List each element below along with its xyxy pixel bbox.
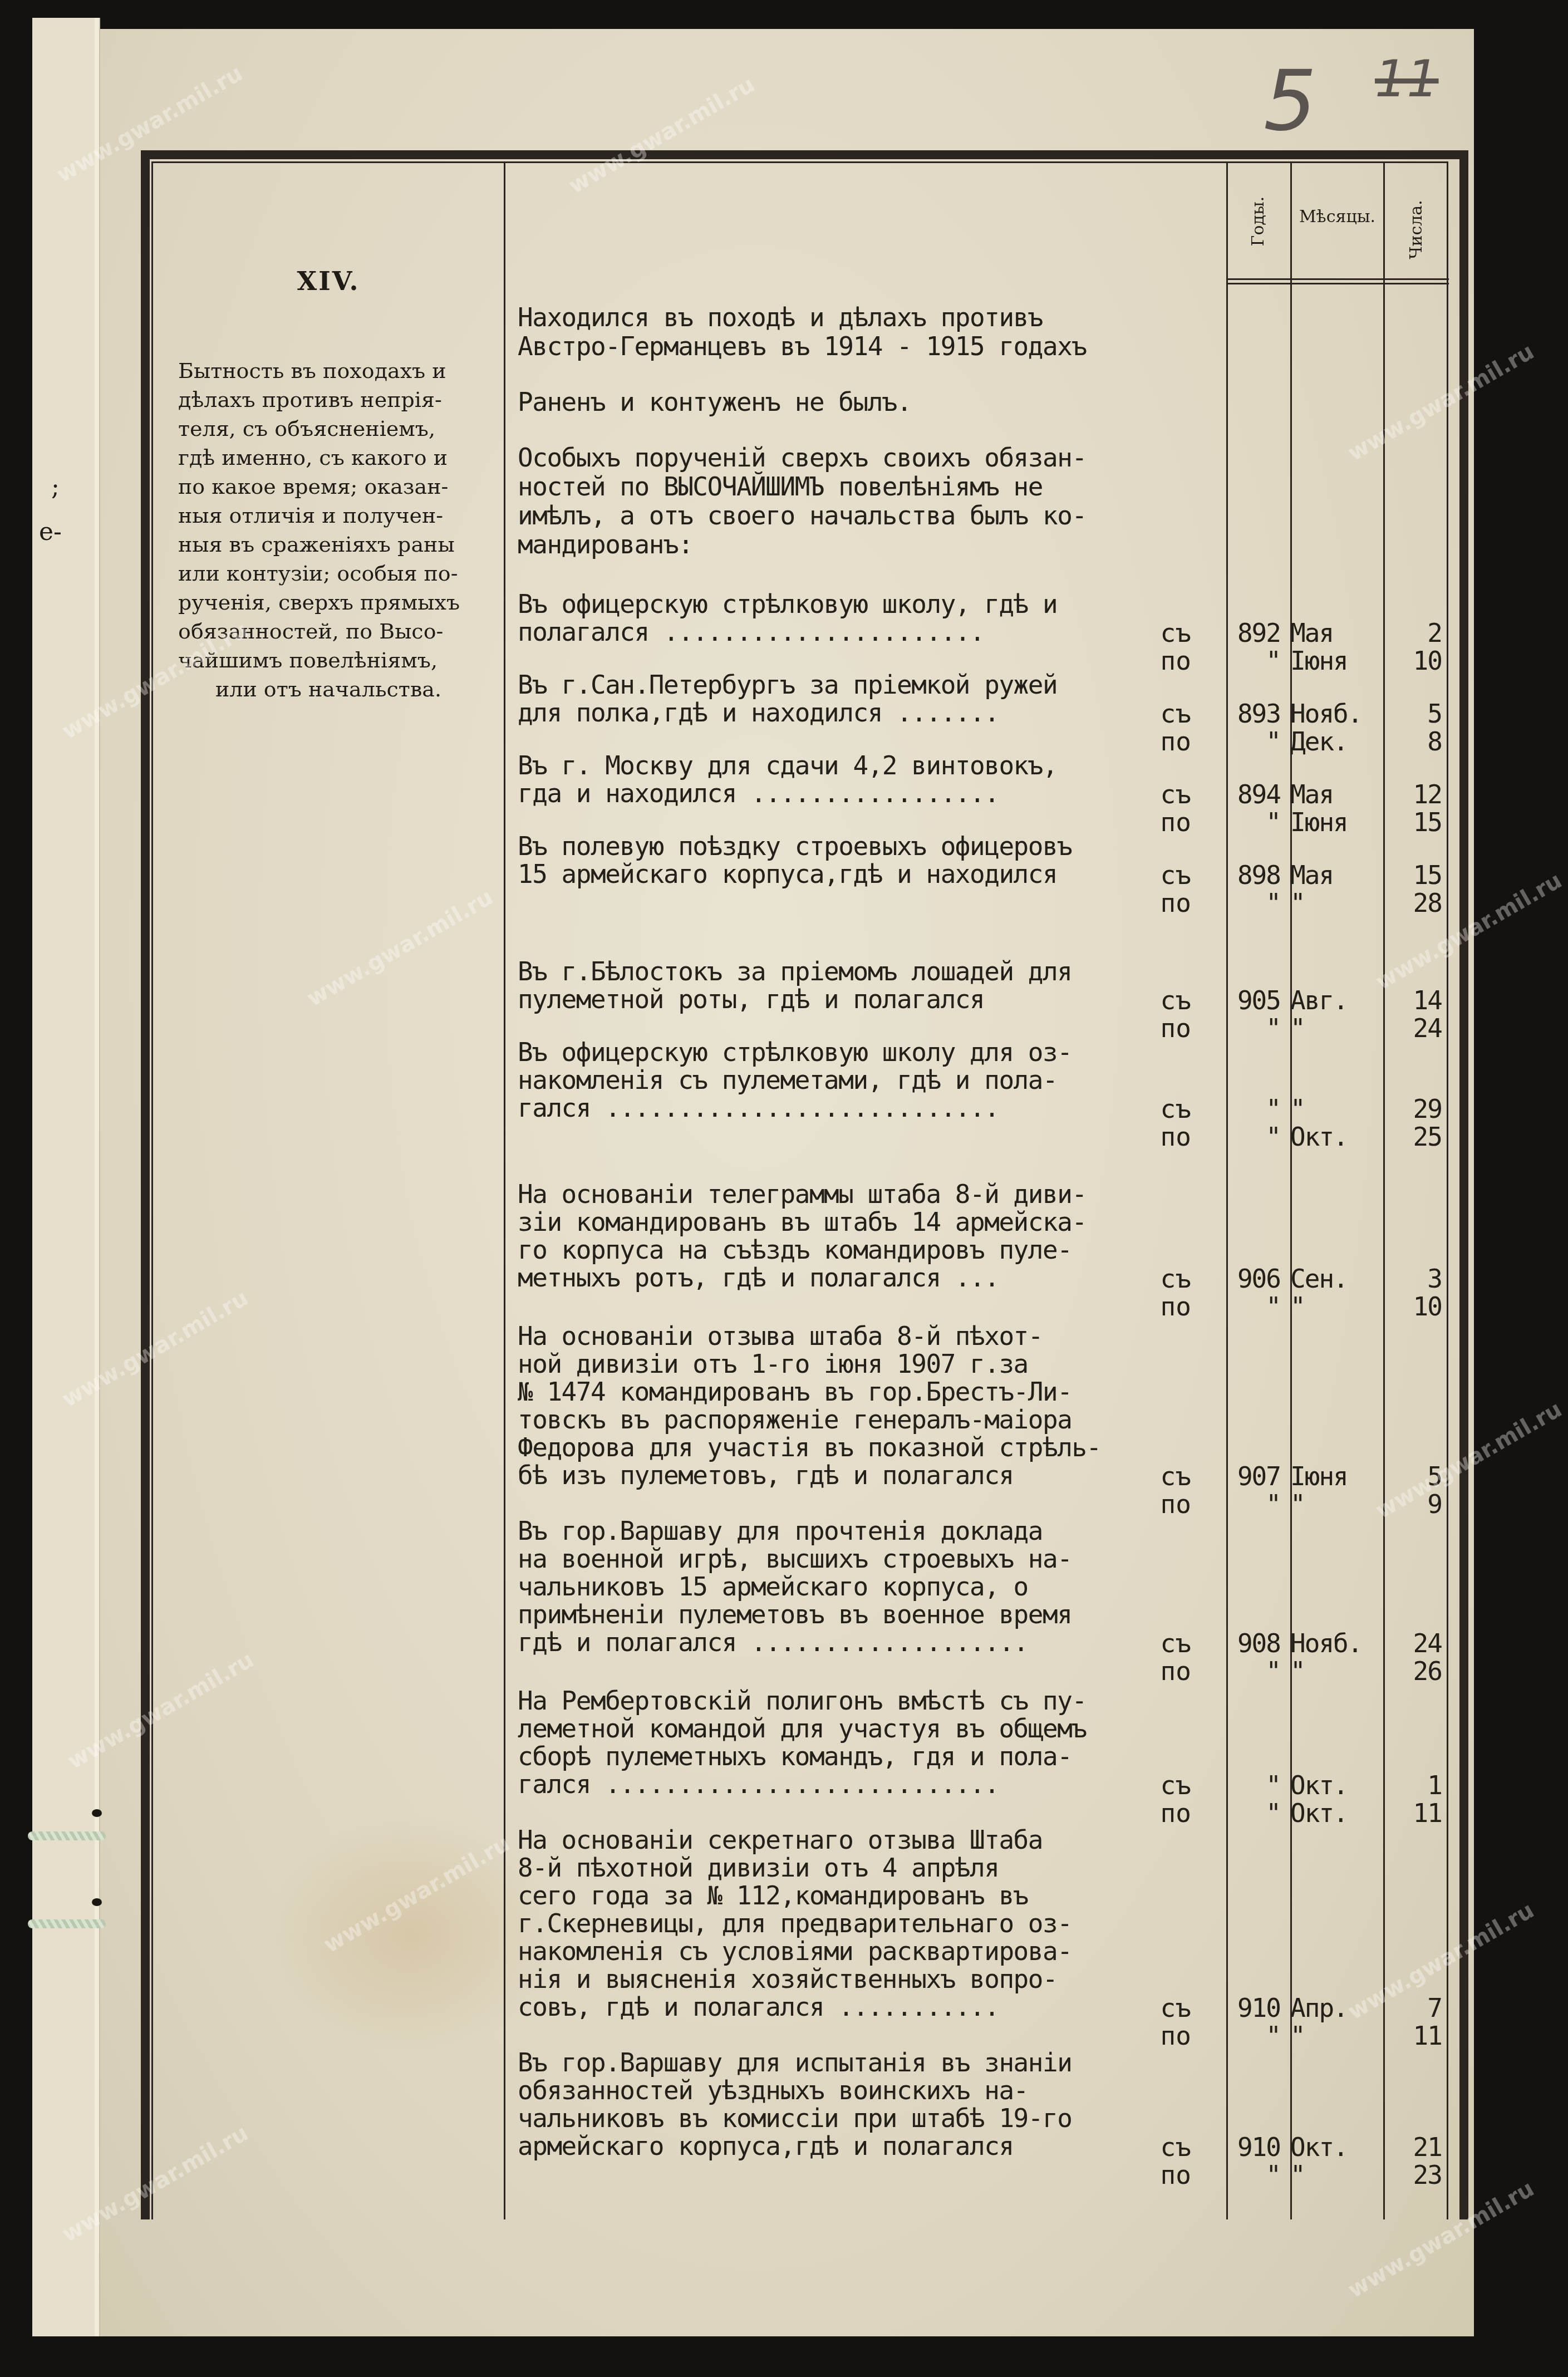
description-line: по какое время; оказан- bbox=[178, 472, 479, 501]
entry-text-line: гался ........................... bbox=[518, 1094, 999, 1122]
entry-text-line: 15 армейскаго корпуса,гдѣ и находился bbox=[518, 860, 1057, 888]
entry-month: Мая bbox=[1290, 860, 1385, 890]
header-months: Мѣсяцы. bbox=[1291, 207, 1383, 227]
date-from-label: съ bbox=[1113, 1094, 1191, 1124]
entry-text-line: полагался ...................... bbox=[518, 618, 984, 646]
entry-text-line: Въ полевую поѣздку строевыхъ офицеровъ bbox=[518, 832, 1071, 860]
entry-text-line: Федорова для участія въ показной стрѣль- bbox=[518, 1433, 1101, 1461]
header-years: Годы. bbox=[1248, 191, 1268, 252]
entry-month: Дек. bbox=[1290, 726, 1385, 757]
entry-text-line: Въ г.Сан.Петербургъ за пріемкой ружей bbox=[518, 671, 1057, 699]
entry-day: 11 bbox=[1380, 1798, 1442, 1828]
entry-text-line: гдѣ и полагался ................... bbox=[518, 1628, 1028, 1656]
entry-text-line: На основаніи телеграммы штаба 8-й диви- bbox=[518, 1180, 1087, 1208]
entry-year: " bbox=[1213, 1770, 1280, 1800]
entry-year: " bbox=[1213, 1656, 1280, 1686]
date-to-label: по bbox=[1113, 807, 1191, 837]
entry-text-line: ной дивизіи отъ 1-го іюня 1907 г.за bbox=[518, 1350, 1028, 1378]
date-from-label: съ bbox=[1113, 779, 1191, 809]
entry-month: Окт. bbox=[1290, 1770, 1385, 1800]
entry-text-line: На Рембертовскій полигонъ вмѣстѣ съ пу- bbox=[518, 1687, 1087, 1715]
entry-year: 910 bbox=[1213, 2132, 1280, 2162]
entry-day: 24 bbox=[1380, 1628, 1442, 1658]
entry-day: 12 bbox=[1380, 779, 1442, 809]
entry-text-line: 8-й пѣхотной дивизіи отъ 4 апрѣля bbox=[518, 1854, 999, 1882]
entry-day: 26 bbox=[1380, 1656, 1442, 1686]
entry-year: " bbox=[1213, 2021, 1280, 2051]
column-divider-days bbox=[1383, 161, 1385, 2219]
entry-year: 905 bbox=[1213, 985, 1280, 1015]
entry-text-line: Въ гор.Варшаву для прочтенія доклада bbox=[518, 1517, 1043, 1545]
entry-text-line: товскъ въ распоряженіе генералъ-маіора bbox=[518, 1406, 1071, 1433]
wounds-statement: Раненъ и контуженъ не былъ. bbox=[518, 388, 911, 416]
entry-day: 28 bbox=[1380, 888, 1442, 918]
date-to-label: по bbox=[1113, 1489, 1191, 1519]
entry-text-line: На основаніи отзыва штаба 8-й пѣхот- bbox=[518, 1322, 1043, 1350]
entry-day: 8 bbox=[1380, 726, 1442, 757]
entry-year: 910 bbox=[1213, 1993, 1280, 2023]
entry-text-line: гался ........................... bbox=[518, 1770, 999, 1798]
entry-month: " bbox=[1290, 2021, 1385, 2051]
entry-text-line: леметной командой для участуя въ общемъ bbox=[518, 1715, 1087, 1742]
campaign-line: Австро-Германцевъ въ 1914 - 1915 годахъ bbox=[518, 332, 1087, 360]
date-to-label: по bbox=[1113, 1013, 1191, 1043]
assignments-line: имѣлъ, а отъ своего начальства былъ ко- bbox=[518, 502, 1087, 529]
date-to-label: по bbox=[1113, 1122, 1191, 1152]
entry-text-line: бѣ изъ пулеметовъ, гдѣ и полагался bbox=[518, 1461, 1014, 1489]
description-line: дѣлахъ противъ непрія- bbox=[178, 385, 479, 414]
entry-year: " bbox=[1213, 726, 1280, 757]
date-to-label: по bbox=[1113, 646, 1191, 676]
entry-year: " bbox=[1213, 1094, 1280, 1124]
description-line: ныя въ сраженіяхъ раны bbox=[178, 530, 479, 559]
date-from-label: съ bbox=[1113, 2132, 1191, 2162]
entry-text-line: Въ г. Москву для сдачи 4,2 винтовокъ, bbox=[518, 752, 1057, 779]
date-from-label: съ bbox=[1113, 699, 1191, 729]
entry-day: 24 bbox=[1380, 1013, 1442, 1043]
date-from-label: съ bbox=[1113, 1264, 1191, 1294]
entry-text-line: На основаніи секретнаго отзыва Штаба bbox=[518, 1826, 1043, 1854]
entry-text-line: накомленія съ условіями расквартирова- bbox=[518, 1937, 1071, 1965]
entry-year: 907 bbox=[1213, 1461, 1280, 1491]
assignments-line: мандированъ: bbox=[518, 531, 692, 558]
entry-year: " bbox=[1213, 807, 1280, 837]
entry-month: " bbox=[1290, 1489, 1385, 1519]
entry-text-line: чальниковъ въ комиссіи при штабѣ 19-го bbox=[518, 2104, 1071, 2132]
entry-text-line: Въ гор.Варшаву для испытанія въ знаніи bbox=[518, 2049, 1071, 2076]
date-from-label: съ bbox=[1113, 1461, 1191, 1491]
entry-day: 1 bbox=[1380, 1770, 1442, 1800]
entry-month: " bbox=[1290, 1013, 1385, 1043]
date-from-label: съ bbox=[1113, 1993, 1191, 2023]
date-from-label: съ bbox=[1113, 1628, 1191, 1658]
entry-day: 10 bbox=[1380, 646, 1442, 676]
entry-day: 11 bbox=[1380, 2021, 1442, 2051]
entry-month: Мая bbox=[1290, 779, 1385, 809]
entry-text-line: совъ, гдѣ и полагался ........... bbox=[518, 1993, 999, 2021]
entry-month: Окт. bbox=[1290, 1122, 1385, 1152]
column-divider-months bbox=[1290, 161, 1292, 2219]
entry-month: " bbox=[1290, 1291, 1385, 1322]
entry-month: Сен. bbox=[1290, 1264, 1385, 1294]
entry-text-line: на военной игрѣ, высшихъ строевыхъ на- bbox=[518, 1545, 1071, 1573]
entry-text-line: сборѣ пулеметныхъ командъ, гдя и пола- bbox=[518, 1742, 1071, 1770]
date-from-label: съ bbox=[1113, 860, 1191, 890]
entry-text-line: Въ офицерскую стрѣлковую школу, гдѣ и bbox=[518, 590, 1057, 618]
entry-year: 898 bbox=[1213, 860, 1280, 890]
campaign-line: Находился въ походѣ и дѣлахъ противъ bbox=[518, 303, 1043, 331]
entry-month: Окт. bbox=[1290, 2132, 1385, 2162]
sheet-number-annotation: 5 bbox=[1264, 53, 1316, 150]
entry-text-line: го корпуса на съѣздъ командировъ пуле- bbox=[518, 1236, 1071, 1264]
entry-month: " bbox=[1290, 888, 1385, 918]
entry-text-line: нія и выясненія хозяйственныхъ вопро- bbox=[518, 1965, 1057, 1993]
entry-month: Авг. bbox=[1290, 985, 1385, 1015]
header-rule bbox=[1226, 278, 1449, 280]
entry-text-line: сего года за № 112,командированъ въ bbox=[518, 1882, 1028, 1909]
entry-text-line: для полка,гдѣ и находился ....... bbox=[518, 699, 999, 726]
entry-year: " bbox=[1213, 1489, 1280, 1519]
entry-year: 894 bbox=[1213, 779, 1280, 809]
description-line: гдѣ именно, съ какого и bbox=[178, 443, 479, 472]
entry-day: 5 bbox=[1380, 699, 1442, 729]
entry-month: Мая bbox=[1290, 618, 1385, 648]
column-divider-years bbox=[1226, 161, 1228, 2219]
assignments-line: ностей по ВЫСОЧАЙШИМЪ повелѣніямъ не bbox=[518, 473, 1043, 500]
entry-year: 906 bbox=[1213, 1264, 1280, 1294]
entry-month: Іюня bbox=[1290, 646, 1385, 676]
header-days: Числа. bbox=[1407, 199, 1426, 261]
date-to-label: по bbox=[1113, 1798, 1191, 1828]
entry-text-line: метныхъ ротъ, гдѣ и полагался ... bbox=[518, 1264, 999, 1291]
entry-year: 908 bbox=[1213, 1628, 1280, 1658]
description-line: Бытность въ походахъ и bbox=[178, 356, 479, 385]
date-to-label: по bbox=[1113, 2021, 1191, 2051]
entry-day: 3 bbox=[1380, 1264, 1442, 1294]
entry-text-line: обязанностей уѣздныхъ воинскихъ на- bbox=[518, 2076, 1028, 2104]
entry-day: 15 bbox=[1380, 807, 1442, 837]
section-number: XIV. bbox=[153, 266, 504, 296]
description-line: или отъ начальства. bbox=[178, 675, 479, 704]
entry-text-line: Въ офицерскую стрѣлковую школу для оз- bbox=[518, 1038, 1071, 1066]
entry-month: " bbox=[1290, 1656, 1385, 1686]
margin-fragment: ; bbox=[51, 473, 60, 502]
date-from-label: съ bbox=[1113, 985, 1191, 1015]
date-to-label: по bbox=[1113, 1291, 1191, 1322]
entry-day: 23 bbox=[1380, 2160, 1442, 2190]
entry-year: " bbox=[1213, 888, 1280, 918]
binding-hole bbox=[92, 1809, 102, 1817]
header-rule bbox=[1226, 283, 1449, 284]
entry-year: " bbox=[1213, 1291, 1280, 1322]
binding-spine bbox=[32, 18, 100, 2336]
margin-fragment: е- bbox=[39, 518, 62, 546]
description-line: теля, съ объясненіемъ, bbox=[178, 414, 479, 443]
entry-day: 25 bbox=[1380, 1122, 1442, 1152]
date-to-label: по bbox=[1113, 2160, 1191, 2190]
entry-month: Іюня bbox=[1290, 1461, 1385, 1491]
entry-day: 15 bbox=[1380, 860, 1442, 890]
entry-month: Іюня bbox=[1290, 807, 1385, 837]
entry-text-line: чальниковъ 15 армейскаго корпуса, о bbox=[518, 1573, 1028, 1600]
date-from-label: съ bbox=[1113, 618, 1191, 648]
entry-text-line: зіи командированъ въ штабъ 14 армейска- bbox=[518, 1208, 1087, 1236]
date-to-label: по bbox=[1113, 1656, 1191, 1686]
entry-year: " bbox=[1213, 646, 1280, 676]
entry-text-line: примѣненіи пулеметовъ въ военное время bbox=[518, 1600, 1071, 1628]
entry-month: Окт. bbox=[1290, 1798, 1385, 1828]
entry-month: Нояб. bbox=[1290, 699, 1385, 729]
entry-year: " bbox=[1213, 2160, 1280, 2190]
binding-fold bbox=[95, 18, 99, 2336]
date-to-label: по bbox=[1113, 726, 1191, 757]
entry-month: " bbox=[1290, 2160, 1385, 2190]
entry-day: 10 bbox=[1380, 1291, 1442, 1322]
assignments-line: Особыхъ порученій сверхъ своихъ обязан- bbox=[518, 444, 1087, 472]
entry-year: " bbox=[1213, 1013, 1280, 1043]
entry-text-line: № 1474 командированъ въ гор.Брестъ-Ли- bbox=[518, 1378, 1071, 1406]
binding-thread-top bbox=[28, 1831, 106, 1840]
entry-text-line: гда и находился ................. bbox=[518, 779, 999, 807]
crossed-sheet-annotation: 11 bbox=[1375, 50, 1439, 109]
entry-text-line: армейскаго корпуса,гдѣ и полагался bbox=[518, 2132, 1014, 2160]
entry-day: 21 bbox=[1380, 2132, 1442, 2162]
entry-text-line: накомленія съ пулеметами, гдѣ и пола- bbox=[518, 1066, 1057, 1094]
entry-text-line: Въ г.Бѣлостокъ за пріемомъ лошадей для bbox=[518, 957, 1071, 985]
entry-year: " bbox=[1213, 1122, 1280, 1152]
entry-day: 29 bbox=[1380, 1094, 1442, 1124]
entry-text-line: пулеметной роты, гдѣ и полагался bbox=[518, 985, 984, 1013]
entry-text-line: г.Скерневицы, для предварительнаго оз- bbox=[518, 1909, 1071, 1937]
description-line: рученія, сверхъ прямыхъ bbox=[178, 588, 479, 617]
description-line: ныя отличія и получен- bbox=[178, 501, 479, 530]
binding-thread-bottom bbox=[28, 1919, 106, 1928]
binding-hole bbox=[92, 1898, 102, 1906]
entry-month: Нояб. bbox=[1290, 1628, 1385, 1658]
entry-month: " bbox=[1290, 1094, 1385, 1124]
description-line: или контузіи; особыя по- bbox=[178, 559, 479, 588]
entry-year: 892 bbox=[1213, 618, 1280, 648]
entry-year: 893 bbox=[1213, 699, 1280, 729]
column-divider-left bbox=[504, 161, 505, 2219]
date-from-label: съ bbox=[1113, 1770, 1191, 1800]
date-to-label: по bbox=[1113, 888, 1191, 918]
entry-year: " bbox=[1213, 1798, 1280, 1828]
entry-day: 2 bbox=[1380, 618, 1442, 648]
